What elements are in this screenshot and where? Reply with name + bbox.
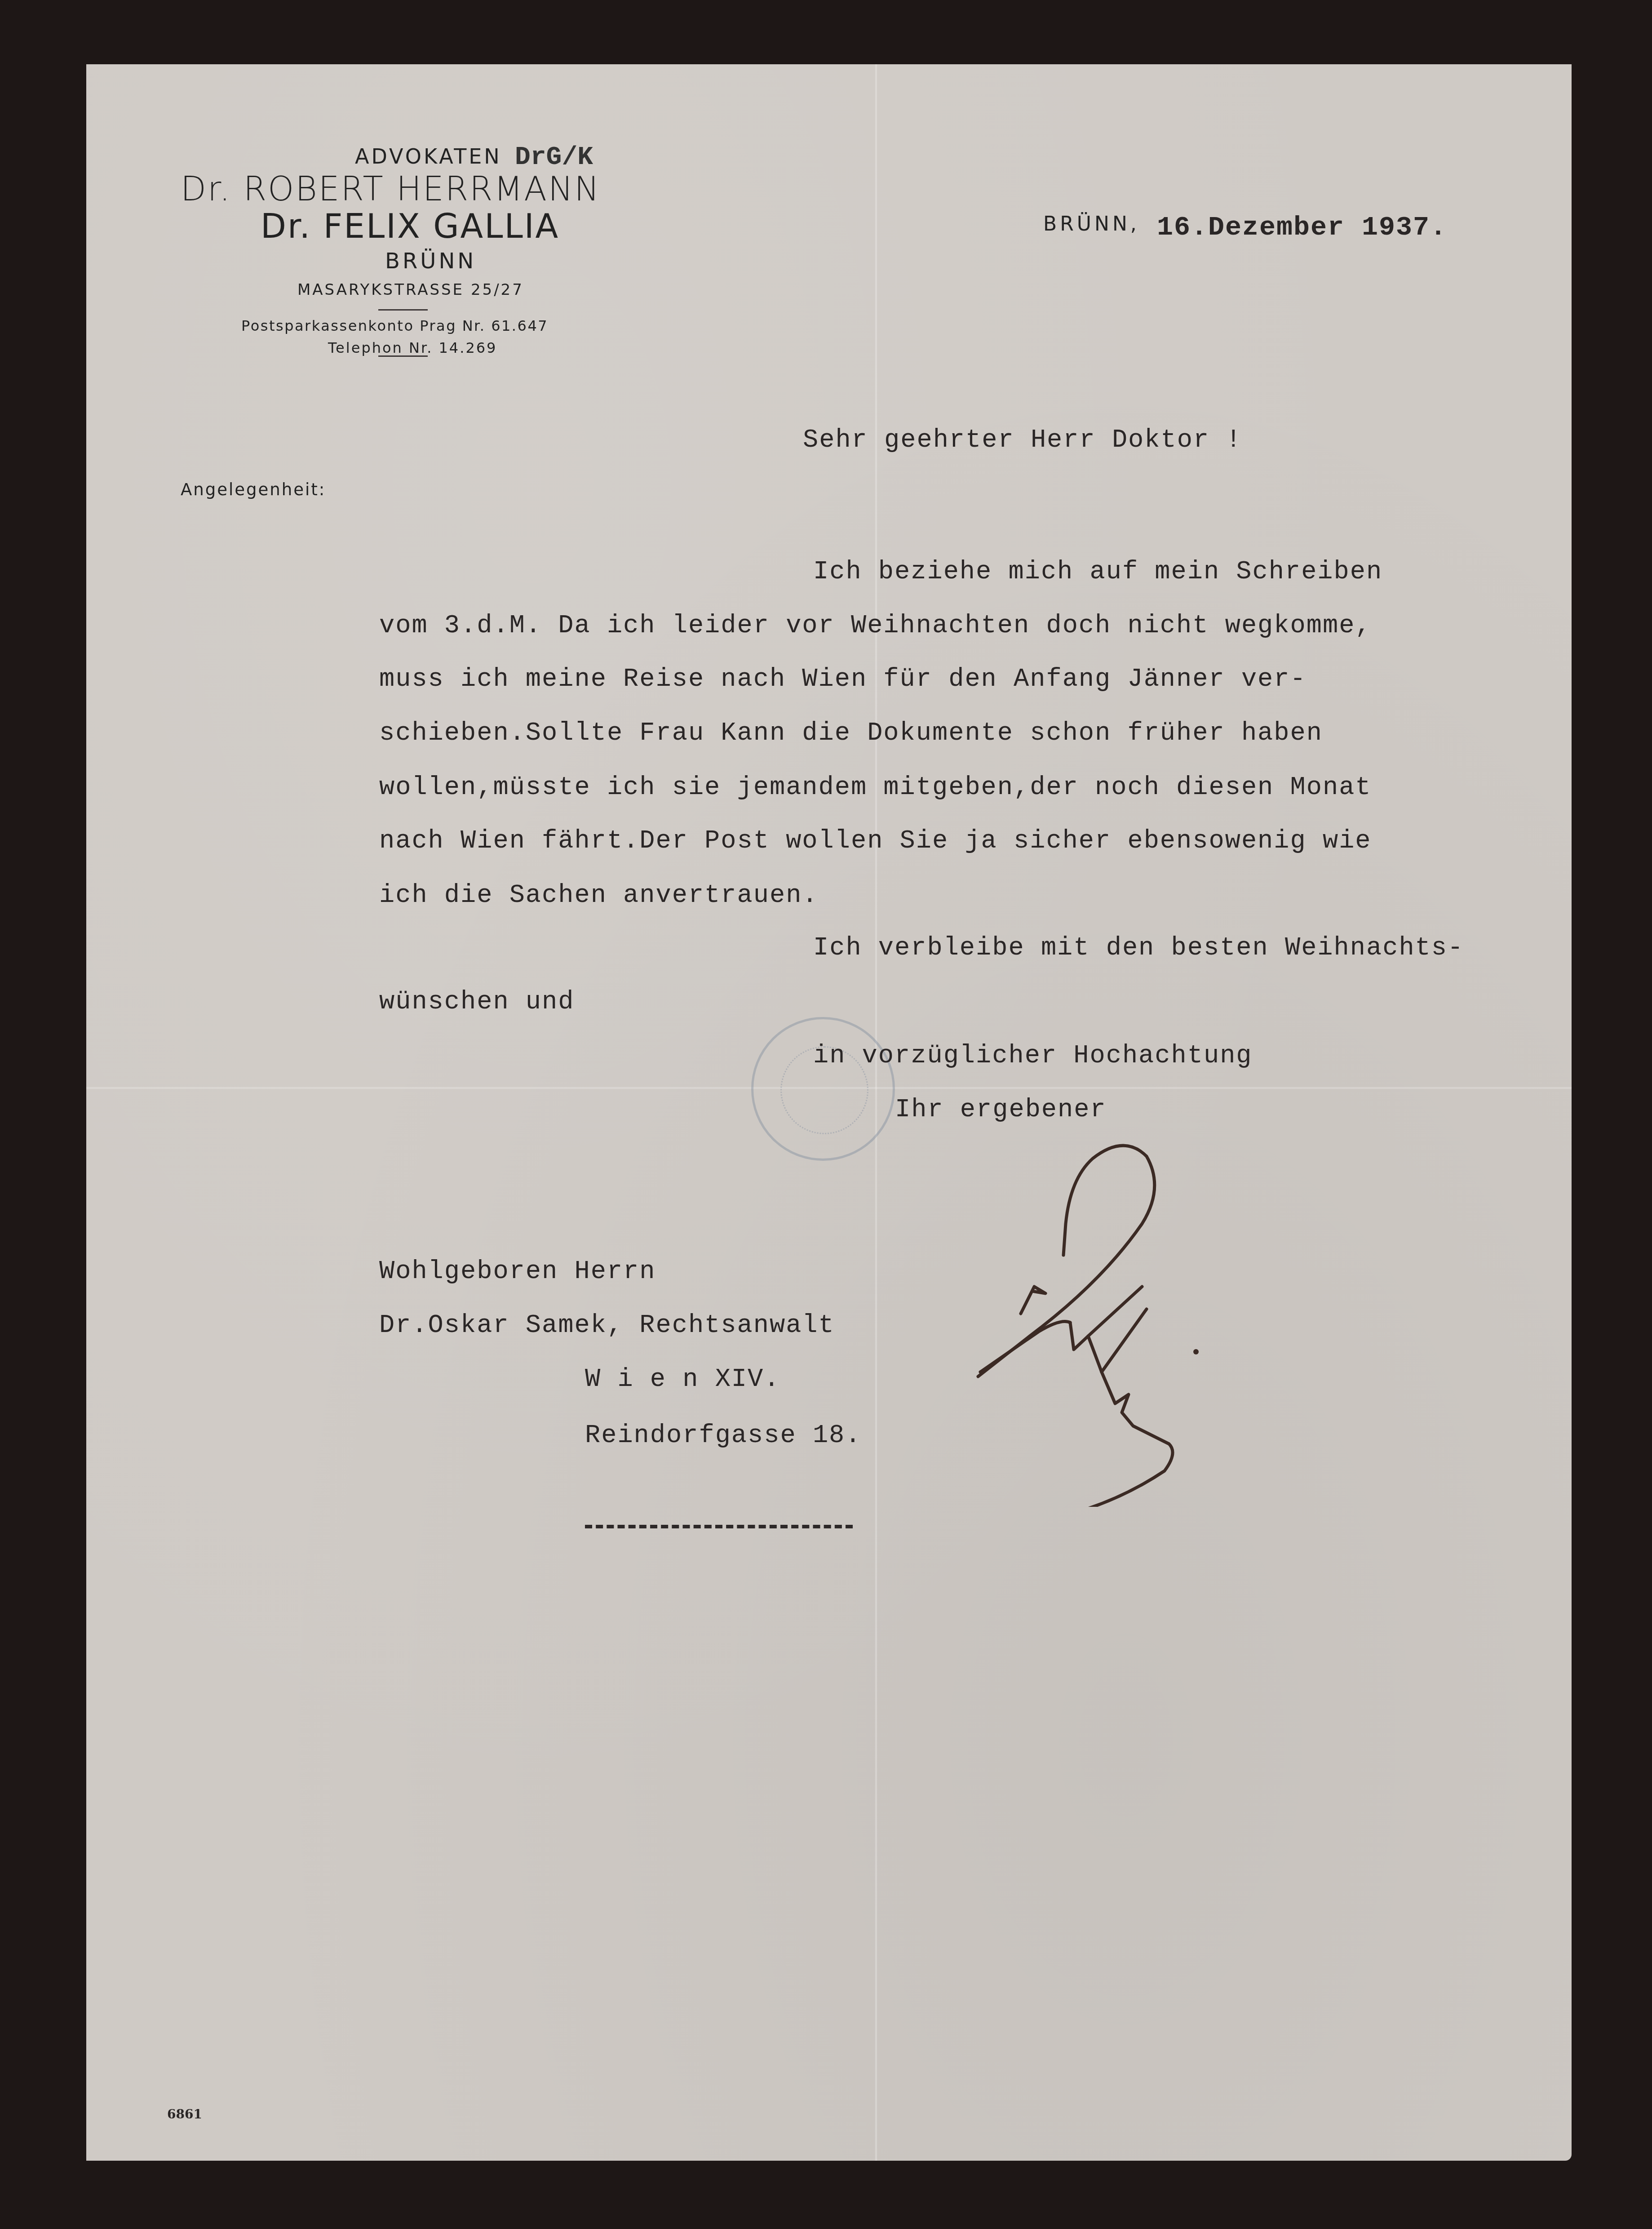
letterhead-city: BRÜNN [385,249,476,274]
letter-page: ADVOKATEN DrG/K Dr. ROBERT HERRMANN Dr. … [86,64,1572,2161]
body-line: nach Wien fährt.Der Post wollen Sie ja s… [379,827,1372,856]
body-line: ich die Sachen anvertrauen. [379,881,819,910]
body-line: schieben.Sollte Frau Kann die Dokumente … [379,719,1323,748]
closing-line: Ihr ergebener [895,1096,1107,1124]
city-underline [585,1525,853,1528]
body-line: muss ich meine Reise nach Wien für den A… [379,665,1307,694]
recipient-honorific: Wohlgeboren Herrn [379,1257,656,1286]
letterhead-partner-1: Dr. ROBERT HERRMANN [181,170,601,209]
handwritten-signature [953,1138,1268,1507]
subject-label: Angelegenheit: [181,480,326,499]
body-line: wollen,müsste ich sie jemandem mitgeben,… [379,773,1372,802]
closing-line: in vorzüglicher Hochachtung [813,1042,1253,1070]
letterhead-partner-2: Dr. FELIX GALLIA [261,207,559,246]
recipient-city: W i e n XIV. [585,1365,780,1394]
closing-line: Ich verbleibe mit den besten Weihnachts- [813,934,1464,963]
dateline-date: 16.Dezember 1937. [1157,213,1447,243]
letterhead-profession: ADVOKATEN [355,144,502,169]
closing-line: wünschen und [379,988,574,1017]
reference-code: DrG/K [515,143,593,172]
body-line: vom 3.d.M. Da ich leider vor Weihnachten… [379,612,1372,640]
dateline-place: BRÜNN, [1043,213,1140,235]
letterhead-street: MASARYKSTRASSE 25/27 [297,281,524,299]
letterhead-postal-account: Postsparkassenkonto Prag Nr. 61.647 [241,317,548,334]
salutation: Sehr geehrter Herr Doktor ! [803,426,1242,455]
body-line: Ich beziehe mich auf mein Schreiben [813,558,1382,586]
letterhead-divider [378,309,428,311]
faded-stamp [751,1017,895,1161]
recipient-name: Dr.Oskar Samek, Rechtsanwalt [379,1311,835,1340]
recipient-street: Reindorfgasse 18. [585,1421,862,1450]
letterhead-telephone: Telephon Nr. 14.269 [328,339,497,356]
form-number: 6861 [167,2107,202,2122]
letterhead-divider [378,355,428,357]
